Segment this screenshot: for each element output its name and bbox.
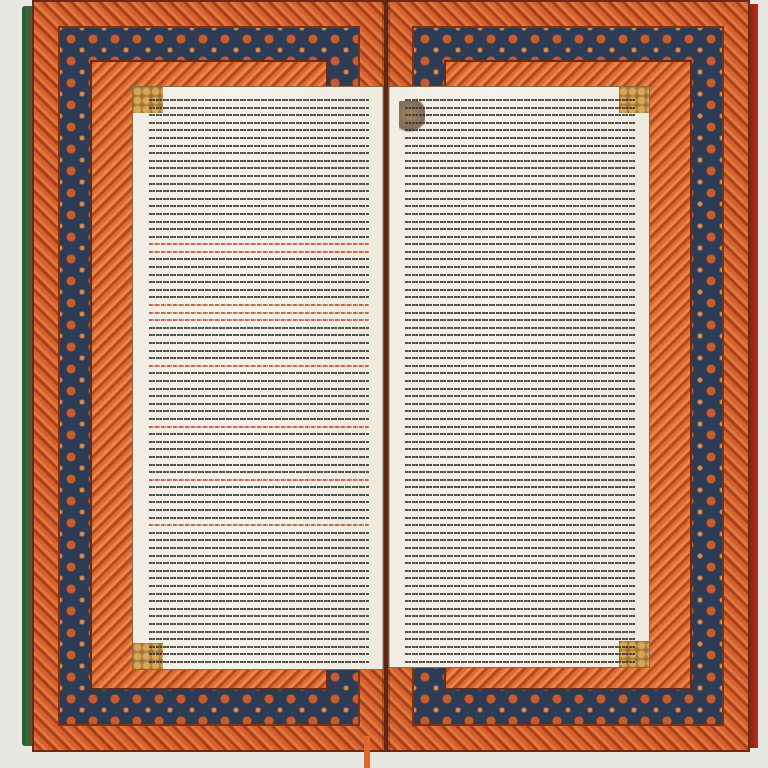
script-line — [405, 448, 635, 450]
script-line — [149, 114, 369, 116]
script-line — [405, 562, 635, 564]
script-line — [149, 501, 369, 503]
script-line — [405, 403, 635, 405]
script-line — [149, 213, 369, 215]
script-line — [149, 357, 369, 359]
script-line — [149, 296, 369, 298]
script-line — [405, 304, 635, 306]
script-line — [405, 479, 635, 481]
script-line — [405, 388, 635, 390]
script-line — [405, 418, 635, 420]
green-cover-edge — [22, 6, 32, 746]
script-line — [405, 517, 635, 519]
script-line — [149, 547, 369, 549]
script-line — [149, 258, 369, 260]
script-line — [149, 319, 369, 321]
script-line — [149, 228, 369, 230]
script-line — [149, 517, 369, 519]
script-line — [405, 646, 635, 648]
script-line — [405, 266, 635, 268]
script-line — [149, 555, 369, 557]
script-line — [149, 145, 369, 147]
script-line — [149, 152, 369, 154]
script-line — [405, 661, 635, 663]
script-line — [405, 631, 635, 633]
script-line — [405, 524, 635, 526]
script-line — [405, 365, 635, 367]
script-line — [149, 524, 369, 526]
script-line — [149, 205, 369, 207]
script-line — [149, 426, 369, 428]
script-line — [405, 198, 635, 200]
script-line — [405, 547, 635, 549]
script-line — [405, 122, 635, 124]
script-line — [405, 236, 635, 238]
script-line — [405, 509, 635, 511]
script-line — [149, 334, 369, 336]
script-line — [149, 304, 369, 306]
script-line — [405, 585, 635, 587]
script-line — [405, 555, 635, 557]
script-line — [405, 501, 635, 503]
script-line — [405, 137, 635, 139]
script-line — [149, 577, 369, 579]
script-line — [149, 562, 369, 564]
script-line — [149, 433, 369, 435]
script-line — [405, 608, 635, 610]
script-line — [149, 631, 369, 633]
script-line — [149, 251, 369, 253]
script-line — [405, 289, 635, 291]
script-line — [405, 213, 635, 215]
script-line — [405, 539, 635, 541]
script-line — [405, 456, 635, 458]
script-line — [149, 661, 369, 663]
script-line — [149, 365, 369, 367]
script-line — [149, 448, 369, 450]
bookmark-ribbon — [364, 736, 370, 768]
script-line — [149, 129, 369, 131]
script-line — [405, 243, 635, 245]
script-line — [405, 228, 635, 230]
script-line — [405, 152, 635, 154]
script-line — [149, 441, 369, 443]
script-line — [149, 167, 369, 169]
script-line — [149, 600, 369, 602]
right-text-block — [388, 86, 650, 668]
script-line — [149, 486, 369, 488]
script-line — [405, 190, 635, 192]
script-line — [405, 312, 635, 314]
script-line — [149, 509, 369, 511]
script-line — [149, 274, 369, 276]
script-line — [405, 464, 635, 466]
script-line — [149, 221, 369, 223]
script-line — [149, 281, 369, 283]
script-line — [405, 258, 635, 260]
script-line — [149, 236, 369, 238]
script-line — [149, 456, 369, 458]
script-line — [405, 342, 635, 344]
script-line — [149, 418, 369, 420]
script-line — [405, 623, 635, 625]
script-line — [405, 350, 635, 352]
script-line — [405, 653, 635, 655]
book-gutter — [382, 0, 390, 752]
script-line — [149, 570, 369, 572]
script-line — [149, 107, 369, 109]
red-cover-edge — [750, 4, 758, 748]
script-line — [149, 471, 369, 473]
script-line — [149, 464, 369, 466]
script-line — [405, 221, 635, 223]
script-line — [405, 532, 635, 534]
script-line — [405, 433, 635, 435]
script-line — [405, 357, 635, 359]
script-line — [149, 198, 369, 200]
script-line — [149, 646, 369, 648]
script-line — [405, 486, 635, 488]
script-line — [405, 471, 635, 473]
script-line — [149, 190, 369, 192]
script-line — [149, 539, 369, 541]
script-line — [149, 615, 369, 617]
script-line — [405, 494, 635, 496]
script-line — [149, 175, 369, 177]
script-line — [405, 129, 635, 131]
script-line — [149, 372, 369, 374]
script-line — [405, 274, 635, 276]
script-line — [149, 342, 369, 344]
script-line — [149, 593, 369, 595]
script-line — [149, 183, 369, 185]
script-line — [405, 615, 635, 617]
script-line — [149, 350, 369, 352]
script-line — [405, 296, 635, 298]
right-page — [386, 0, 750, 752]
script-line — [149, 137, 369, 139]
script-line — [149, 410, 369, 412]
script-line — [405, 167, 635, 169]
script-line — [405, 114, 635, 116]
script-line — [149, 494, 369, 496]
script-line — [149, 585, 369, 587]
script-line — [405, 183, 635, 185]
script-line — [149, 669, 369, 670]
script-line — [405, 327, 635, 329]
script-line — [405, 251, 635, 253]
script-line — [405, 570, 635, 572]
script-lines — [149, 99, 369, 657]
script-line — [405, 99, 635, 101]
script-line — [405, 410, 635, 412]
script-line — [405, 334, 635, 336]
script-line — [149, 122, 369, 124]
script-line — [405, 175, 635, 177]
script-line — [149, 532, 369, 534]
script-line — [149, 403, 369, 405]
script-line — [149, 312, 369, 314]
script-line — [149, 266, 369, 268]
script-lines — [405, 99, 635, 655]
script-line — [149, 243, 369, 245]
script-line — [405, 395, 635, 397]
script-line — [405, 145, 635, 147]
open-manuscript-book — [22, 0, 758, 758]
script-line — [405, 577, 635, 579]
script-line — [149, 99, 369, 101]
script-line — [149, 653, 369, 655]
script-line — [405, 426, 635, 428]
script-line — [405, 441, 635, 443]
script-line — [405, 380, 635, 382]
script-line — [405, 205, 635, 207]
script-line — [149, 395, 369, 397]
script-line — [405, 160, 635, 162]
left-page — [32, 0, 386, 752]
script-line — [149, 623, 369, 625]
script-line — [405, 593, 635, 595]
script-line — [405, 638, 635, 640]
left-text-block — [132, 86, 384, 670]
script-line — [405, 372, 635, 374]
script-line — [405, 319, 635, 321]
script-line — [405, 281, 635, 283]
script-line — [149, 327, 369, 329]
script-line — [405, 600, 635, 602]
script-line — [149, 380, 369, 382]
script-line — [149, 608, 369, 610]
script-line — [149, 160, 369, 162]
script-line — [149, 638, 369, 640]
script-line — [149, 388, 369, 390]
script-line — [405, 107, 635, 109]
script-line — [149, 479, 369, 481]
script-line — [149, 289, 369, 291]
